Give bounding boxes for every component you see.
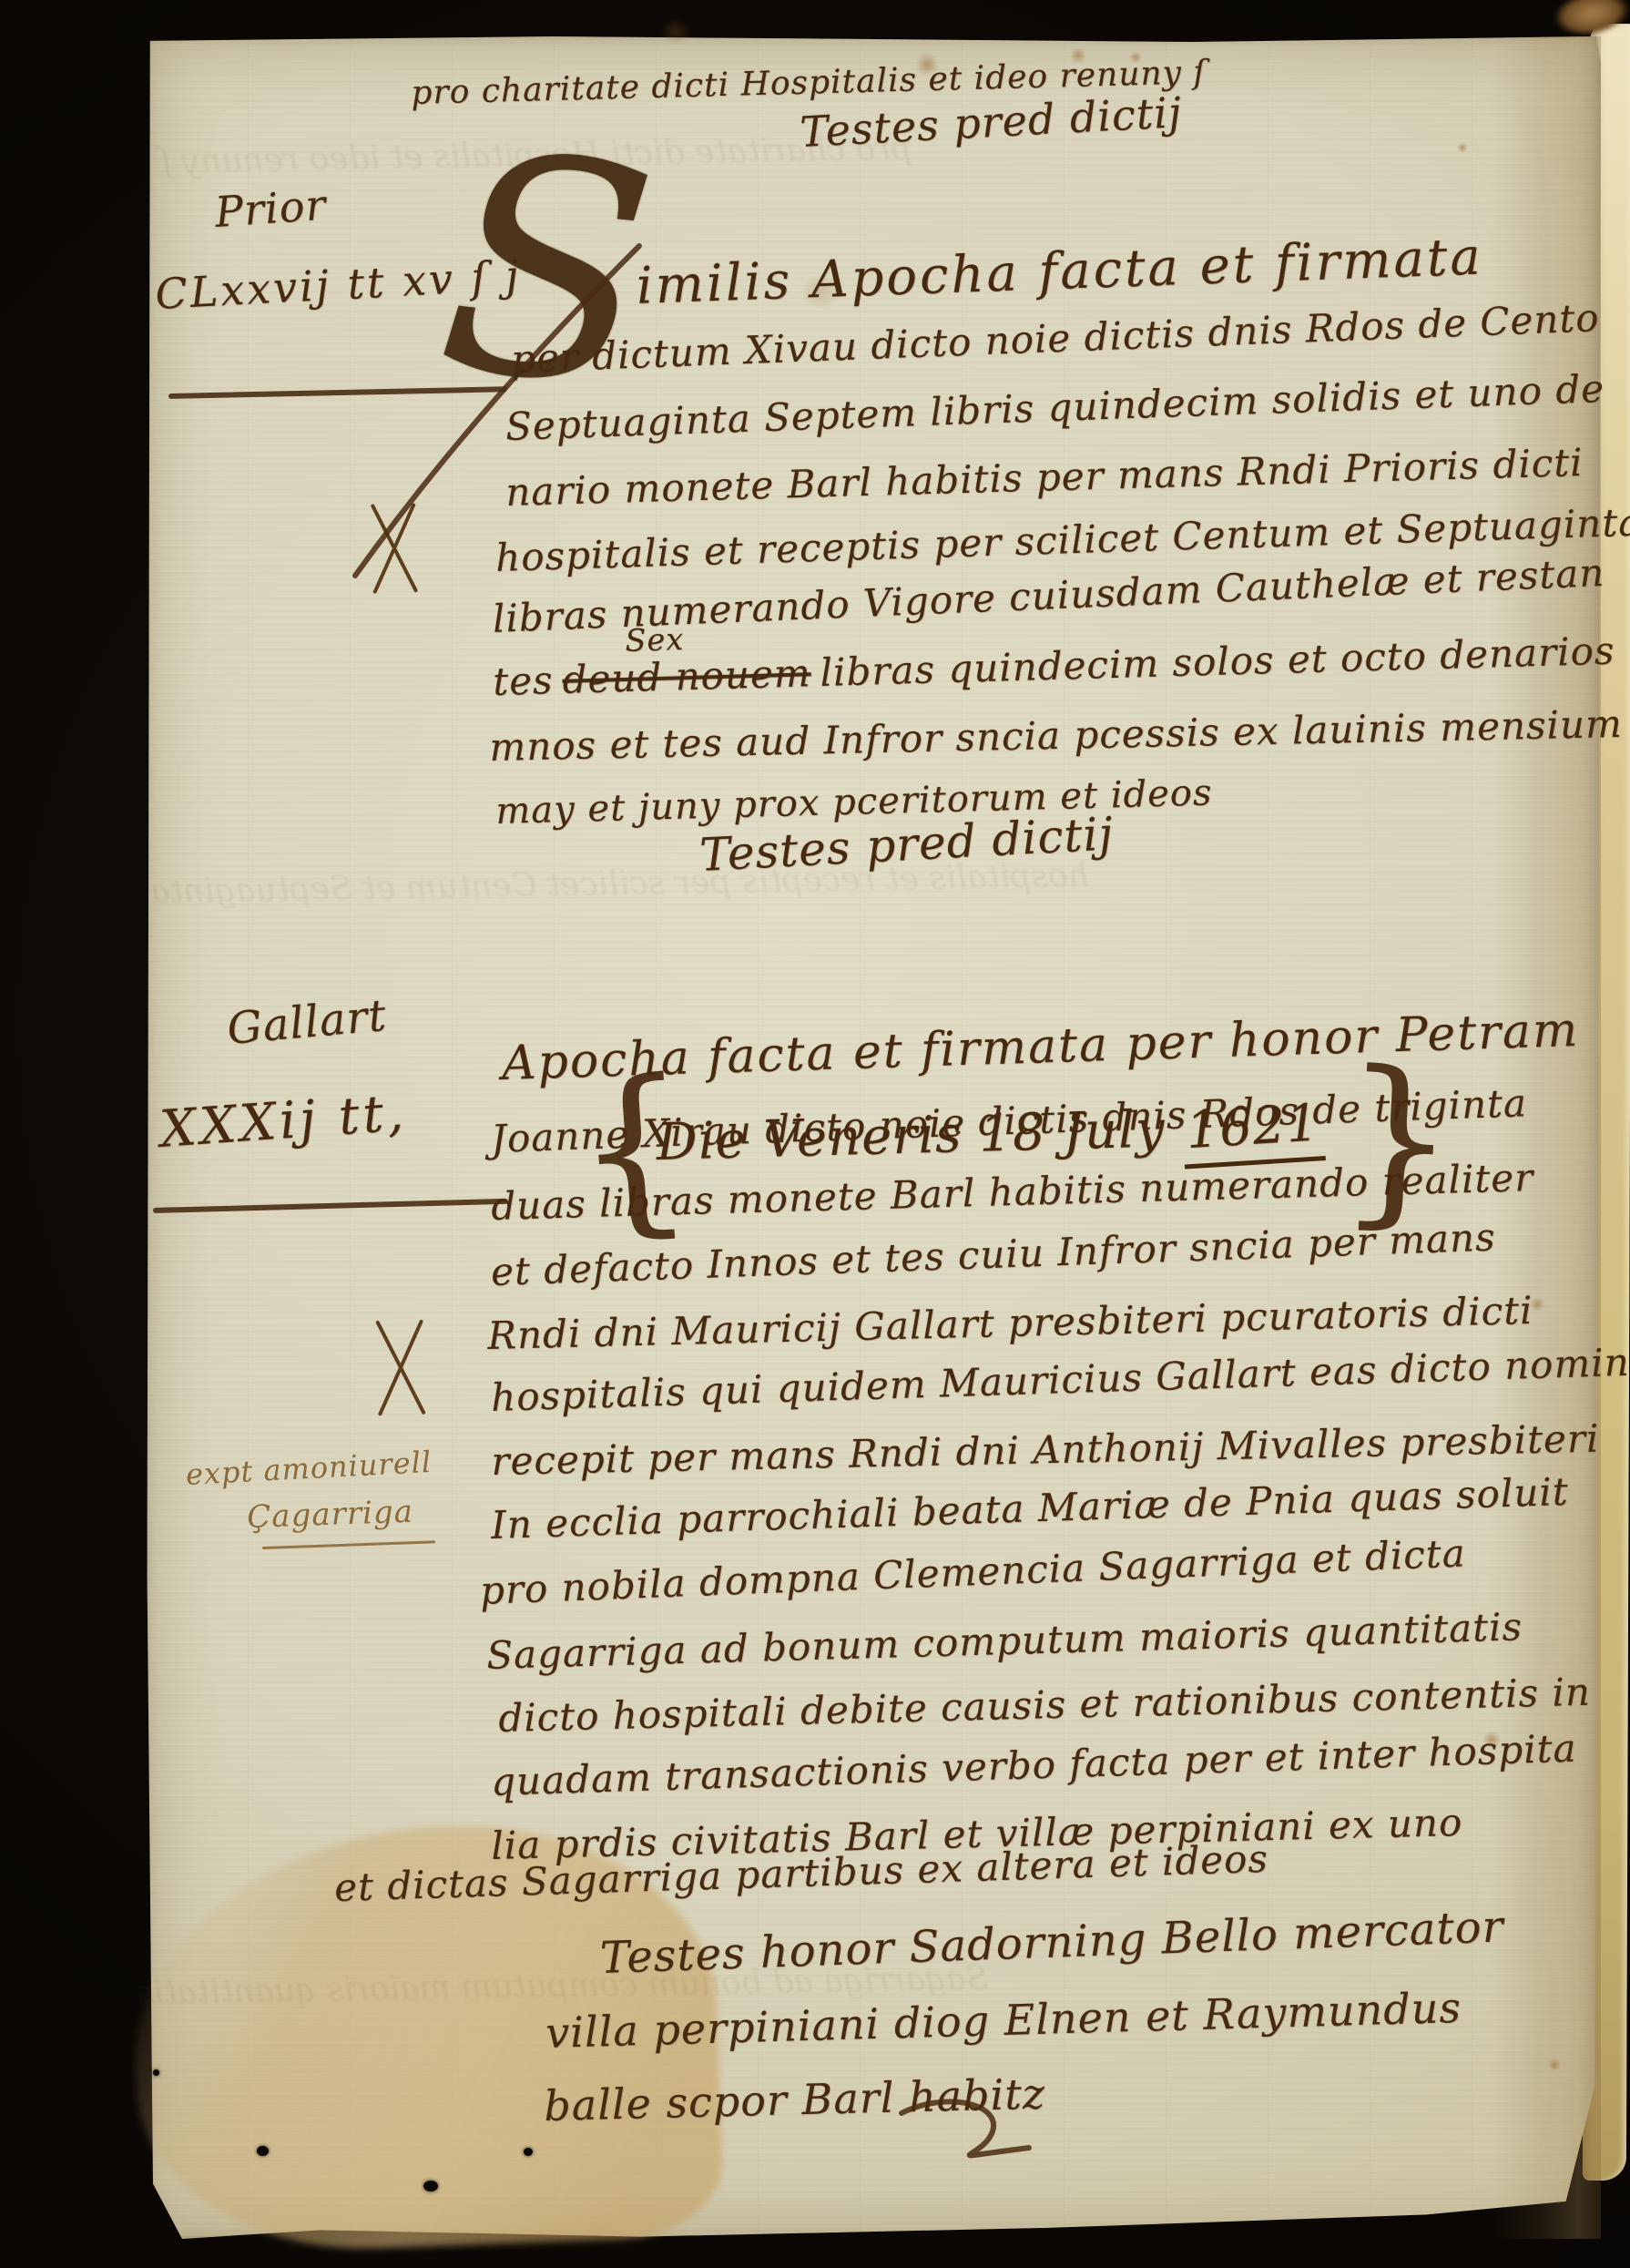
interlinear-insertion: Sex [625,621,685,659]
stain-spot [1548,2059,1561,2071]
margin-heading-prior: Prior [213,180,328,237]
pen-flourish-icon [892,2095,1075,2168]
stain-spot [1457,142,1468,153]
manuscript-photo: pro charitate dicti Hospitalis et ideo r… [0,0,1630,2268]
worm-hole [153,2069,159,2076]
margin-x-mark-icon [362,1315,435,1420]
stain-spot [660,18,691,46]
date-close-brace: } [1336,1047,1462,1234]
worm-hole [257,2146,269,2156]
worm-hole [423,2181,438,2191]
worm-hole [524,2148,533,2156]
correction-wrap: deud nouemSex [562,650,811,702]
entry1-line7-pre: tes [493,658,555,704]
margin-note-line: Çagarriga [247,1494,414,1536]
struck-words: deud nouem [562,650,811,702]
